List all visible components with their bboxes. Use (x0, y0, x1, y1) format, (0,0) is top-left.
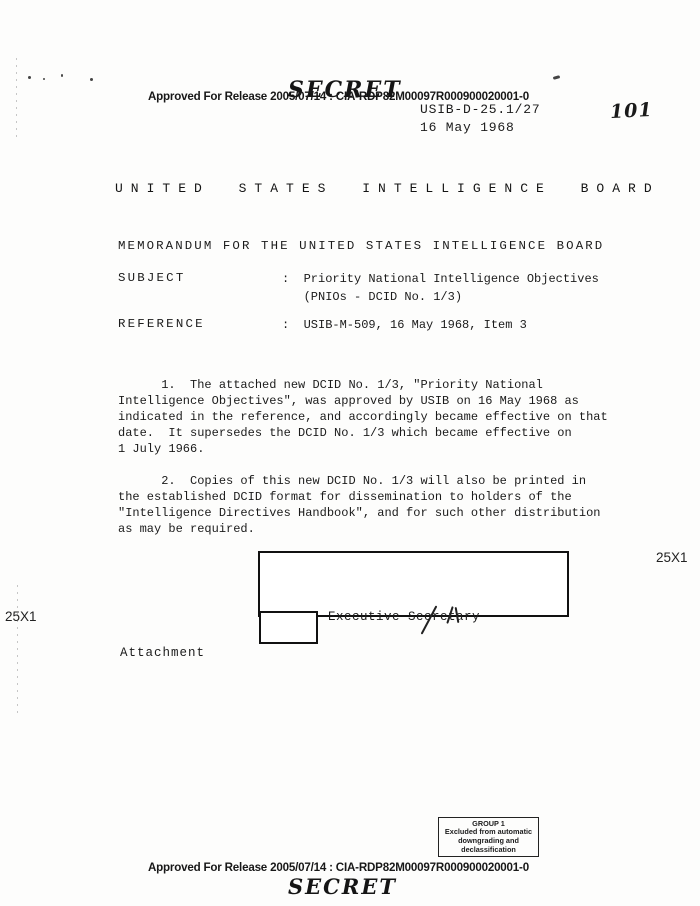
scan-speck (553, 75, 561, 80)
group-stamp-line4: declassification (461, 846, 516, 855)
document-date: 16 May 1968 (420, 120, 515, 135)
scan-artifact-line (17, 585, 18, 715)
scan-speck (28, 76, 31, 79)
redaction-box-large (258, 551, 569, 617)
group-stamp: GROUP 1 Excluded from automatic downgrad… (438, 817, 539, 857)
subject-label: SUBJECT (118, 271, 185, 285)
subject-value: : Priority National Intelligence Objecti… (282, 271, 599, 306)
classification-stamp-bottom: SECRET (288, 874, 397, 899)
paragraph-2: 2. Copies of this new DCID No. 1/3 will … (118, 473, 618, 537)
memo-addressee: MEMORANDUM FOR THE UNITED STATES INTELLI… (118, 239, 604, 253)
attachment-note: Attachment (120, 646, 205, 660)
letterhead-title: UNITED STATES INTELLIGENCE BOARD (115, 181, 660, 196)
scan-artifact-line (16, 58, 17, 138)
redaction-box-small (259, 611, 318, 644)
document-number: USIB-D-25.1/27 (420, 102, 540, 117)
page-number-annotation: 101 (609, 99, 653, 123)
reference-label: REFERENCE (118, 317, 205, 331)
release-stamp-bottom: Approved For Release 2005/07/14 : CIA-RD… (148, 861, 529, 874)
scan-speck (61, 74, 63, 77)
document-page: SECRET Approved For Release 2005/07/14 :… (0, 0, 700, 906)
paragraph-1: 1. The attached new DCID No. 1/3, "Prior… (118, 377, 618, 457)
redaction-marking-right: 25X1 (656, 550, 688, 565)
scan-speck (43, 78, 45, 80)
reference-value: : USIB-M-509, 16 May 1968, Item 3 (282, 317, 527, 333)
redaction-marking-left: 25X1 (5, 609, 37, 624)
scan-speck (90, 78, 93, 81)
